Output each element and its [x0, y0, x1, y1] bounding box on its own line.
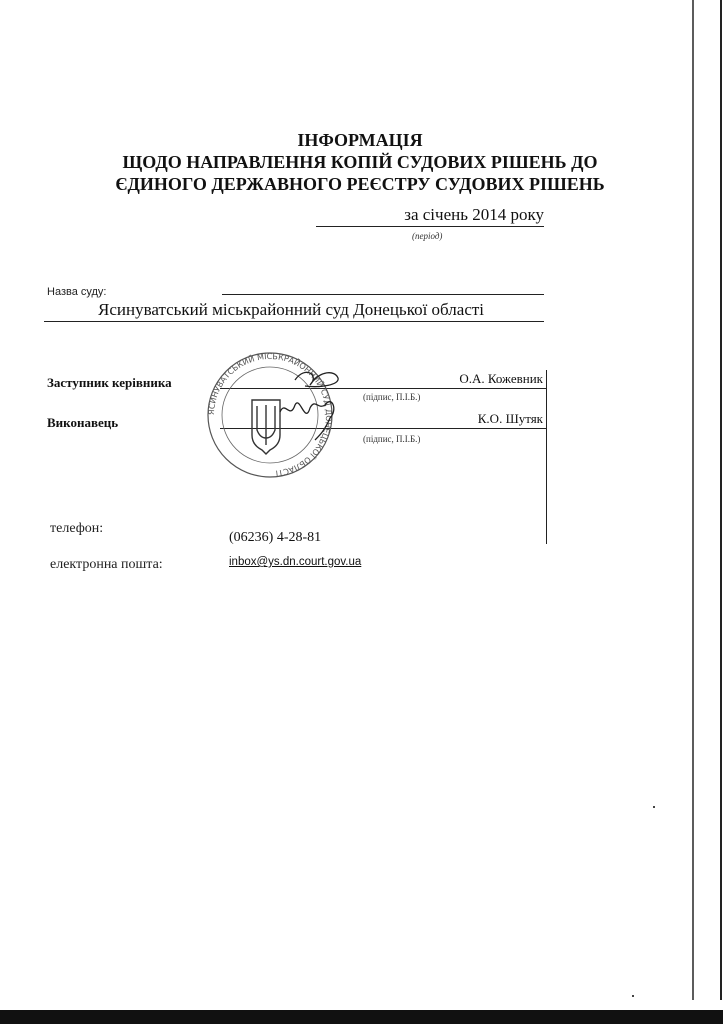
period-underline: [316, 226, 544, 227]
court-name-underline: [44, 321, 544, 322]
court-label-underline: [222, 294, 544, 295]
scan-edge-line: [692, 0, 694, 1000]
frame-vertical-line: [546, 370, 547, 544]
title-line: ІНФОРМАЦІЯ: [40, 129, 680, 151]
court-seal-stamp: ЯСИНУВАТСЬКИЙ МІСЬКРАЙОННИЙ СУД ДОНЕЦЬКО…: [200, 350, 340, 480]
signature-caption: (підпис, П.І.Б.): [363, 434, 420, 444]
role-executor: Виконавець: [47, 415, 118, 431]
title-line: ЩОДО НАПРАВЛЕННЯ КОПІЙ СУДОВИХ РІШЕНЬ ДО: [40, 151, 680, 173]
trident-icon: [252, 400, 280, 454]
email-link[interactable]: inbox@ys.dn.court.gov.ua: [229, 556, 361, 568]
period-value: за січень 2014 року: [316, 205, 544, 225]
court-name: Ясинуватський міськрайонний суд Донецько…: [98, 300, 484, 320]
role-deputy-head: Заступник керівника: [47, 375, 172, 391]
scan-speck: [632, 995, 634, 997]
phone-value: (06236) 4-28-81: [229, 530, 321, 546]
title-line: ЄДИНОГО ДЕРЖАВНОГО РЕЄСТРУ СУДОВИХ РІШЕН…: [40, 173, 680, 195]
signatory-name-deputy: О.А. Кожевник: [400, 371, 543, 387]
scan-speck: [653, 806, 655, 808]
signature-caption: (підпис, П.І.Б.): [363, 392, 420, 402]
scan-edge-line: [720, 0, 722, 1000]
signatory-name-executor: К.О. Шутяк: [400, 411, 543, 427]
document-title: ІНФОРМАЦІЯ ЩОДО НАПРАВЛЕННЯ КОПІЙ СУДОВИ…: [40, 129, 680, 195]
period-caption: (період): [412, 231, 442, 241]
phone-label: телефон:: [50, 521, 103, 537]
court-label: Назва суду:: [47, 286, 107, 298]
scan-bottom-border: [0, 1010, 723, 1024]
email-label: електронна пошта:: [50, 557, 163, 573]
